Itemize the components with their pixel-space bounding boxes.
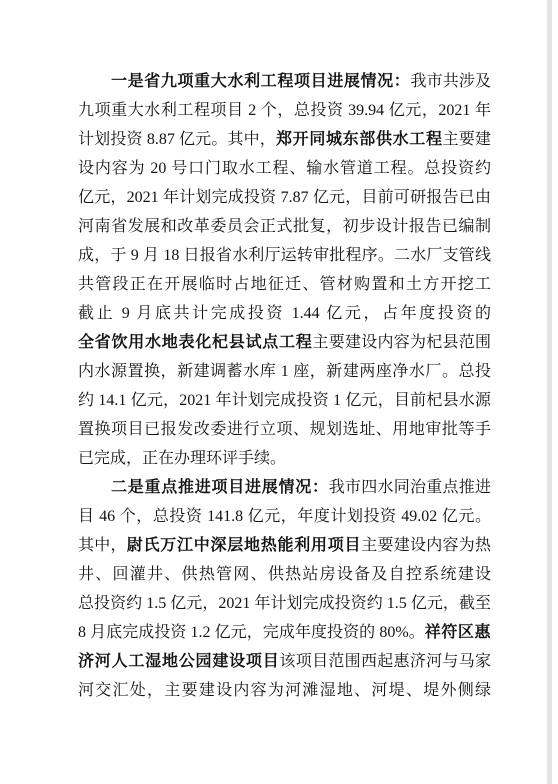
text-line: 共管段正在开展临时占地征迁、管材购置和土方开挖工程。 xyxy=(78,270,491,299)
bold-text-segment: 一是省九项重大水利工程项目进展情况： xyxy=(111,73,410,90)
text-line: 约 14.1 亿元，2021 年计划完成投资 1 亿元，目前杞县水源 xyxy=(78,386,491,415)
text-segment: 成，于 9 月 18 日报省水利厅运转审批程序。二水厂支管线 xyxy=(78,247,491,264)
text-segment: 共管段正在开展临时占地征迁、管材购置和土方开挖工程。 xyxy=(78,276,491,299)
text-line: 二是重点推进项目进展情况：我市四水同治重点推进项 xyxy=(78,473,491,502)
text-line: 河交汇处，主要建设内容为河滩湿地、河堤、堤外侧绿地。 xyxy=(78,676,491,705)
text-line: 设内容为 20 号口门取水工程、输水管道工程。总投资约 25.84 xyxy=(78,154,491,183)
bold-text-segment: 全省饮用水地表化杞县试点工程 xyxy=(78,334,312,351)
text-line: 内水源置换，新建调蓄水库 1 座，新建两座净水厂。总投资 xyxy=(78,357,491,386)
page-edge-shadow xyxy=(547,0,552,784)
text-line: 总投资约 1.5 亿元，2021 年计划完成投资约 1.5 亿元，截至 xyxy=(78,589,491,618)
text-segment: 河南省发展和改革委员会正式批复，初步设计报告已编制完 xyxy=(78,218,491,241)
text-line: 计划投资 8.87 亿元。其中，郑开同城东部供水工程主要建 xyxy=(78,125,491,154)
text-line: 全省饮用水地表化杞县试点工程主要建设内容为杞县范围 xyxy=(78,328,491,357)
text-segment: 置换项目已报发改委进行立项、规划选址、用地审批等手续 xyxy=(78,421,491,444)
text-line: 已完成，正在办理环评手续。 xyxy=(78,444,491,473)
text-line: 截止 9 月底共计完成投资 1.44 亿元，占年度投资的 18.25%。 xyxy=(78,299,491,328)
text-segment: 已完成，正在办理环评手续。 xyxy=(78,450,286,467)
text-line: 成，于 9 月 18 日报省水利厅运转审批程序。二水厂支管线 xyxy=(78,241,491,270)
text-line: 其中，尉氏万江中深层地热能利用项目主要建设内容为热源 xyxy=(78,531,491,560)
text-segment: 井、回灌井、供热管网、供热站房设备及自控系统建设等。 xyxy=(78,566,491,589)
bold-text-segment: 二是重点推进项目进展情况： xyxy=(111,479,329,496)
text-segment: 设内容为 20 号口门取水工程、输水管道工程。总投资约 25.84 xyxy=(78,160,491,183)
text-line: 一是省九项重大水利工程项目进展情况：我市共涉及省 xyxy=(78,67,491,96)
text-line: 置换项目已报发改委进行立项、规划选址、用地审批等手续 xyxy=(78,415,491,444)
text-segment: 该项目范围西起惠济河与马家 xyxy=(280,653,492,670)
text-segment: 8 月底完成投资 1.2 亿元，完成年度投资的 80%。 xyxy=(78,624,425,641)
document-page: 一是省九项重大水利工程项目进展情况：我市共涉及省九项重大水利工程项目 2 个，总… xyxy=(0,0,558,784)
bold-text-segment: 祥符区惠 xyxy=(425,624,491,641)
text-segment: 总投资约 1.5 亿元，2021 年计划完成投资约 1.5 亿元，截至 xyxy=(78,595,491,612)
text-line: 井、回灌井、供热管网、供热站房设备及自控系统建设等。 xyxy=(78,560,491,589)
text-segment: 约 14.1 亿元，2021 年计划完成投资 1 亿元，目前杞县水源 xyxy=(78,392,491,409)
text-line: 济河人工湿地公园建设项目该项目范围西起惠济河与马家 xyxy=(78,647,491,676)
document-text-block: 一是省九项重大水利工程项目进展情况：我市共涉及省九项重大水利工程项目 2 个，总… xyxy=(78,67,491,705)
text-line: 目 46 个，总投资 141.8 亿元，年度计划投资 49.02 亿元。 xyxy=(78,502,491,531)
text-line: 九项重大水利工程项目 2 个，总投资 39.94 亿元，2021 年度 xyxy=(78,96,491,125)
text-line: 亿元，2021 年计划完成投资 7.87 亿元，目前可研报告已由 xyxy=(78,183,491,212)
text-segment: 内水源置换，新建调蓄水库 1 座，新建两座净水厂。总投资 xyxy=(78,363,491,386)
text-segment: 河交汇处，主要建设内容为河滩湿地、河堤、堤外侧绿地。 xyxy=(78,682,491,705)
text-segment: 主要建设内容为杞县范围 xyxy=(312,334,491,351)
text-segment: 亿元，2021 年计划完成投资 7.87 亿元，目前可研报告已由 xyxy=(78,189,491,206)
text-segment: 目 46 个，总投资 141.8 亿元，年度计划投资 49.02 亿元。 xyxy=(78,508,491,525)
bold-text-segment: 济河人工湿地公园建设项目 xyxy=(78,653,280,670)
text-line: 河南省发展和改革委员会正式批复，初步设计报告已编制完 xyxy=(78,212,491,241)
text-line: 8 月底完成投资 1.2 亿元，完成年度投资的 80%。祥符区惠 xyxy=(78,618,491,647)
bold-text-segment: 尉氏万江中深层地热能利用项目 xyxy=(127,537,361,554)
text-segment: 截止 9 月底共计完成投资 1.44 亿元，占年度投资的 18.25%。 xyxy=(78,305,491,328)
text-segment: 其中， xyxy=(78,537,127,554)
text-segment: 计划投资 8.87 亿元。其中， xyxy=(78,131,276,148)
bold-text-segment: 郑开同城东部供水工程 xyxy=(276,131,443,148)
text-segment: 九项重大水利工程项目 2 个，总投资 39.94 亿元，2021 年度 xyxy=(78,102,491,125)
text-segment: 主要建 xyxy=(443,131,491,148)
